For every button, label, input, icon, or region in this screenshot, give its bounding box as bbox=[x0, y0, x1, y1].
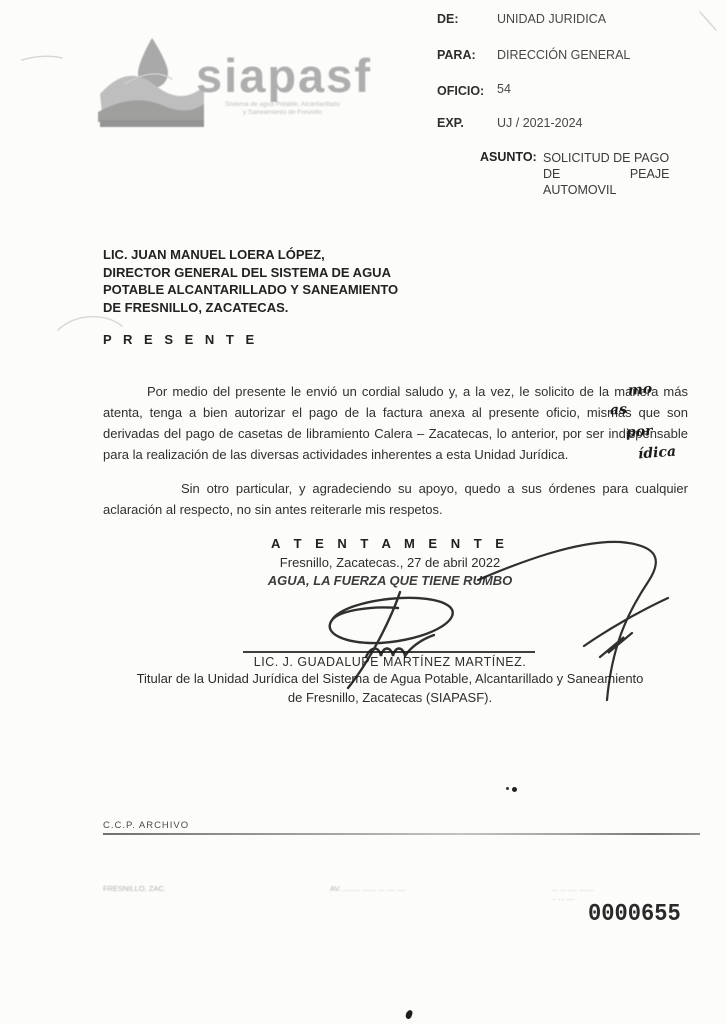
subject-line3: AUTOMOVIL bbox=[543, 182, 669, 198]
closing-place-date: Fresnillo, Zacatecas., 27 de abril 2022 bbox=[60, 555, 720, 570]
subject-label: ASUNTO: bbox=[480, 150, 537, 164]
recipient-name: LIC. JUAN MANUEL LOERA LÓPEZ, bbox=[103, 246, 398, 264]
ccp-line: C.C.P. ARCHIVO bbox=[103, 820, 189, 831]
recipient-title3: DE FRESNILLO, ZACATECAS. bbox=[103, 299, 398, 317]
body-paragraph-2: Sin otro particular, y agradeciendo su a… bbox=[103, 478, 688, 520]
logo-tagline: Sistema de agua Potable, Alcantarillado … bbox=[200, 101, 365, 117]
handwritten-note-mismas: as bbox=[609, 401, 627, 418]
document-page: siapasf Sistema de agua Potable, Alcanta… bbox=[0, 0, 725, 1024]
field-value-de: UNIDAD JURIDICA bbox=[497, 12, 606, 26]
field-value-para: DIRECCIÓN GENERAL bbox=[497, 48, 630, 62]
recipient-title1: DIRECTOR GENERAL DEL SISTEMA DE AGUA bbox=[103, 264, 398, 282]
salutation: P R E S E N T E bbox=[103, 332, 258, 347]
footer-address-center: AV. ........ ....... ... .... .... bbox=[330, 884, 405, 893]
logo-tagline-line2: y Saneamiento de Fresnillo bbox=[200, 109, 365, 117]
folio-stamp: 0000655 bbox=[588, 901, 681, 928]
subject-line1: SOLICITUD DE PAGO bbox=[543, 150, 669, 166]
field-value-oficio: 54 bbox=[497, 82, 511, 96]
ink-speck-bottom bbox=[405, 1009, 413, 1019]
footer-address-right: ... ... .... ....... .. ... .... bbox=[552, 884, 594, 902]
logo-wordmark: siapasf bbox=[196, 48, 372, 103]
subject-value: SOLICITUD DE PAGO DE PEAJE AUTOMOVIL bbox=[543, 150, 669, 198]
handwritten-note-juridica: ídica bbox=[637, 444, 676, 463]
closing-atentamente: A T E N T A M E N T E bbox=[60, 536, 720, 551]
handwritten-note-por: por bbox=[625, 423, 653, 441]
field-label-exp: EXP. bbox=[437, 116, 497, 130]
subject-line2: DE PEAJE bbox=[543, 166, 669, 182]
recipient-block: LIC. JUAN MANUEL LOERA LÓPEZ, DIRECTOR G… bbox=[103, 246, 398, 316]
closing-slogan: AGUA, LA FUERZA QUE TIENE RUMBO bbox=[60, 573, 720, 588]
ink-speck-small bbox=[506, 787, 509, 790]
body-paragraph-1: Por medio del presente le envió un cordi… bbox=[103, 381, 688, 465]
field-label-de: DE: bbox=[437, 12, 497, 26]
signer-title-line1: Titular de la Unidad Jurídica del Sistem… bbox=[60, 671, 720, 686]
recipient-title2: POTABLE ALCANTARILLADO Y SANEAMIENTO bbox=[103, 281, 398, 299]
field-label-para: PARA: bbox=[437, 48, 497, 62]
logo-tagline-line1: Sistema de agua Potable, Alcantarillado bbox=[200, 101, 365, 109]
water-drop-wave-icon bbox=[90, 32, 210, 132]
signer-name: LIC. J. GUADALUPE MARTÍNEZ MARTÍNEZ. bbox=[60, 655, 720, 669]
signer-title-line2: de Fresnillo, Zacatecas (SIAPASF). bbox=[60, 690, 720, 705]
footer-address-left: FRESNILLO, ZAC. bbox=[103, 884, 166, 893]
signature-rule bbox=[243, 651, 535, 653]
field-value-exp: UJ / 2021-2024 bbox=[497, 116, 582, 130]
footer-address-right-line1: ... ... .... ....... bbox=[552, 884, 594, 893]
handwritten-note-manera: mo bbox=[627, 381, 652, 399]
field-label-oficio: OFICIO: bbox=[437, 84, 497, 98]
footer-rule bbox=[103, 833, 700, 835]
